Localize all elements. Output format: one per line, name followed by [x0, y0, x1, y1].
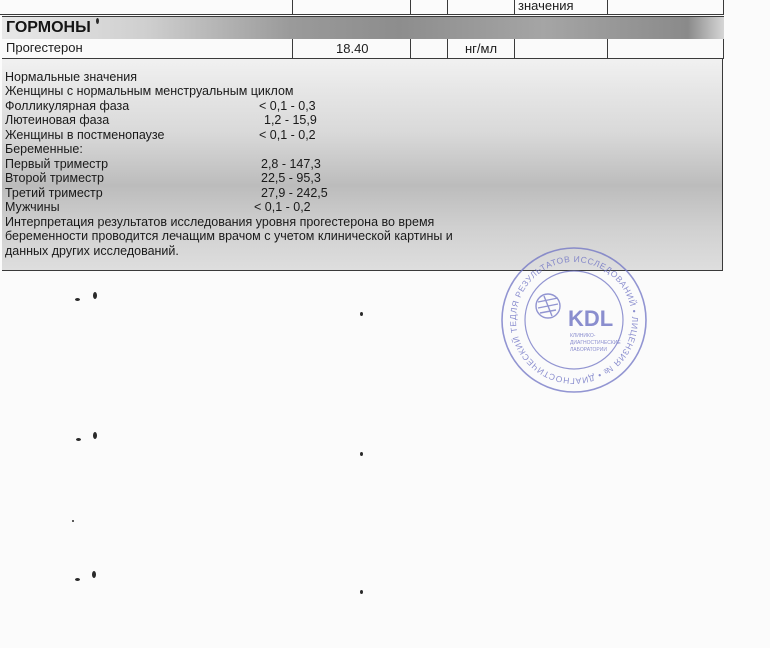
reference-label: Первый триместр	[5, 157, 108, 172]
scan-artifact	[360, 312, 363, 316]
reference-range: 2,8 - 147,3	[261, 157, 321, 172]
interpretation-note: Интерпретация результатов исследования у…	[5, 215, 434, 230]
reference-range: 22,5 - 95,3	[261, 171, 321, 186]
stamp-subtitle: КЛИНИКО-	[570, 333, 596, 339]
scan-artifact	[360, 590, 363, 594]
reference-label: Женщины в постменопаузе	[5, 128, 164, 143]
reference-label: Мужчины	[5, 200, 60, 215]
scan-artifact	[75, 578, 80, 581]
reference-label: Второй триместр	[5, 171, 104, 186]
scan-artifact	[75, 298, 80, 301]
reference-range: < 0,1 - 0,2	[254, 200, 311, 215]
scan-artifact	[76, 438, 81, 441]
lab-stamp: ДЛЯ РЕЗУЛЬТАТОВ ИССЛЕДОВАНИЙ • ЛИЦЕНЗИЯ …	[500, 246, 648, 394]
scan-artifact	[93, 432, 97, 439]
reference-range: 27,9 - 242,5	[261, 186, 328, 201]
stamp-subtitle: ЛАБОРАТОРИИ	[570, 347, 607, 353]
reference-range: < 0,1 - 0,2	[259, 128, 316, 143]
stamp-subtitle: ДИАГНОСТИЧЕСКИЕ	[570, 340, 621, 346]
reference-range: 1,2 - 15,9	[264, 113, 317, 128]
column-divider	[514, 39, 515, 58]
reference-label: Лютеиновая фаза	[5, 113, 109, 128]
column-divider	[447, 39, 448, 58]
reference-group-cycle: Женщины с нормальным менструальным цикло…	[5, 84, 294, 99]
section-header-hormones: ГОРМОНЫ	[2, 16, 724, 40]
column-divider	[292, 39, 293, 58]
column-divider	[514, 0, 515, 14]
table-header-row: значения	[0, 0, 724, 15]
pregnant-heading: Беременные:	[5, 142, 83, 157]
analyte-name: Прогестерон	[6, 40, 83, 55]
reference-label: Фолликулярная фаза	[5, 99, 129, 114]
scan-artifact	[96, 18, 99, 24]
scan-artifact	[92, 571, 96, 578]
result-unit: нг/мл	[465, 41, 497, 56]
scan-artifact	[72, 520, 74, 522]
stamp-logo-text: KDL	[568, 306, 613, 331]
reference-header-fragment: значения	[518, 0, 574, 13]
column-divider	[292, 0, 293, 14]
scan-artifact	[93, 292, 97, 299]
reference-ranges-block: Нормальные значения Женщины с нормальным…	[2, 59, 723, 271]
result-value: 18.40	[336, 41, 369, 56]
column-divider	[607, 0, 608, 14]
column-divider	[723, 0, 724, 14]
reference-range: < 0,1 - 0,3	[259, 99, 316, 114]
column-divider	[723, 39, 724, 58]
scan-artifact	[360, 452, 363, 456]
stamp-logo-icon	[536, 294, 560, 318]
column-divider	[447, 0, 448, 14]
result-row-progesterone: Прогестерон 18.40 нг/мл	[2, 39, 724, 59]
interpretation-note: беременности проводится лечащим врачом с…	[5, 229, 453, 244]
section-title: ГОРМОНЫ	[6, 19, 91, 37]
reference-label: Третий триместр	[5, 186, 103, 201]
reference-heading: Нормальные значения	[5, 70, 137, 85]
column-divider	[410, 39, 411, 58]
column-divider	[410, 0, 411, 14]
interpretation-note: данных других исследований.	[5, 244, 179, 259]
column-divider	[607, 39, 608, 58]
